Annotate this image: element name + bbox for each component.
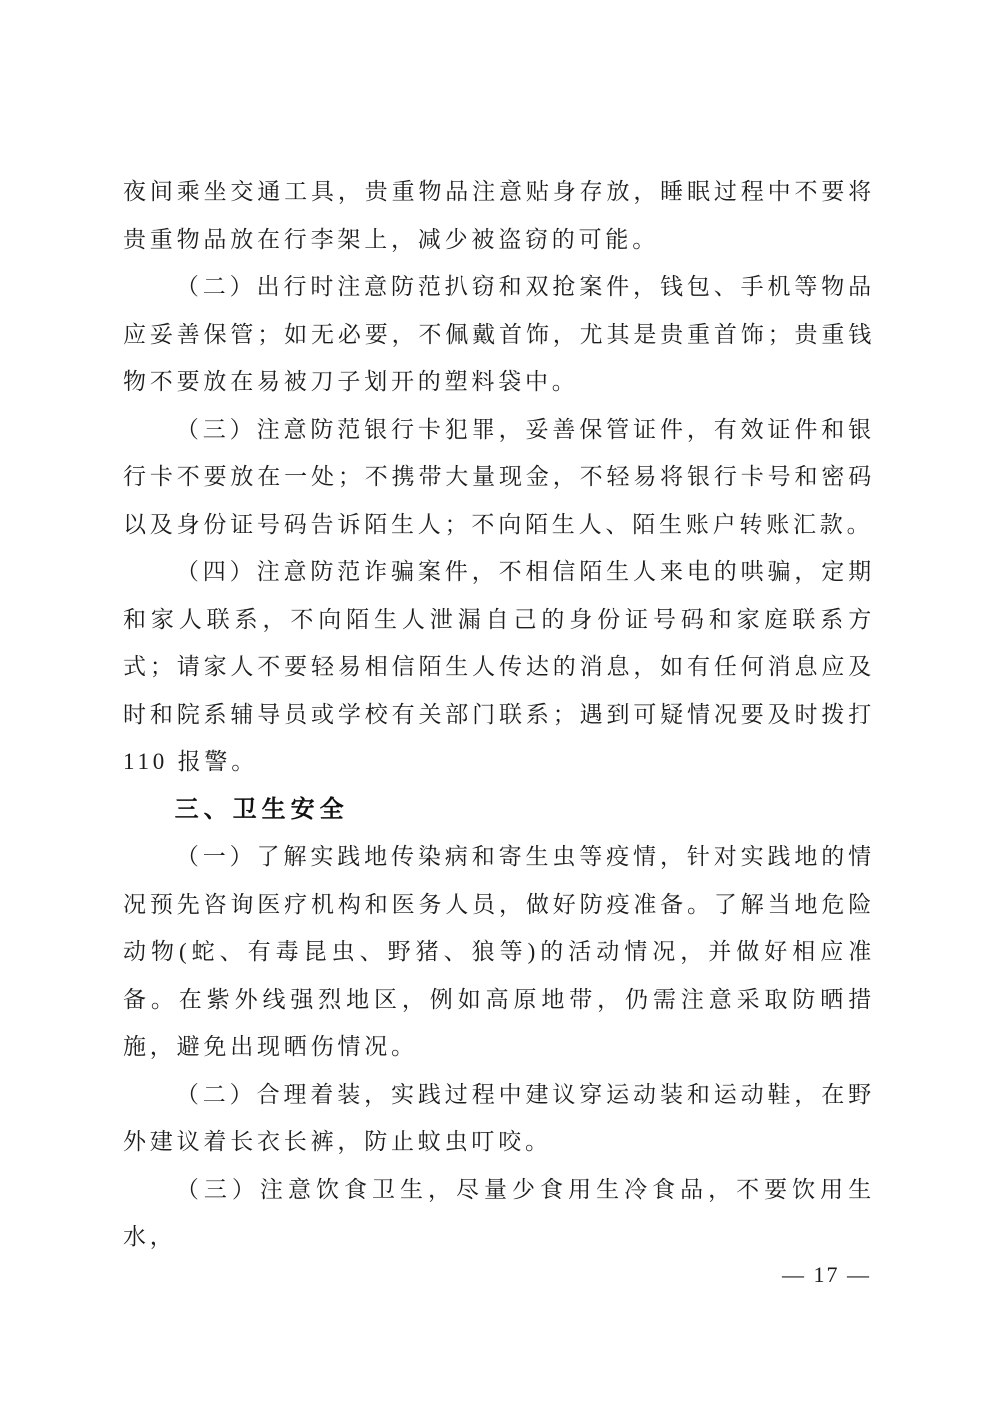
page-number: — 17 — — [782, 1262, 871, 1288]
paragraph-item-2-clothing: （二）合理着装，实践过程中建议穿运动装和运动鞋，在野外建议着长衣长裤，防止蚊虫叮… — [123, 1071, 875, 1166]
document-body: 夜间乘坐交通工具，贵重物品注意贴身存放，睡眠过程中不要将贵重物品放在行李架上，减… — [123, 168, 875, 1261]
paragraph-item-2-pickpocket: （二）出行时注意防范扒窃和双抢案件，钱包、手机等物品应妥善保管；如无必要，不佩戴… — [123, 263, 875, 406]
paragraph-night-transport-continued: 夜间乘坐交通工具，贵重物品注意贴身存放，睡眠过程中不要将贵重物品放在行李架上，减… — [123, 168, 875, 263]
document-page: 夜间乘坐交通工具，贵重物品注意贴身存放，睡眠过程中不要将贵重物品放在行李架上，减… — [0, 0, 999, 1414]
paragraph-item-4-fraud: （四）注意防范诈骗案件，不相信陌生人来电的哄骗，定期和家人联系，不向陌生人泄漏自… — [123, 548, 875, 786]
section-heading-hygiene-safety: 三、卫生安全 — [123, 786, 875, 834]
paragraph-item-3-food-hygiene: （三）注意饮食卫生，尽量少食用生冷食品，不要饮用生水， — [123, 1166, 875, 1261]
paragraph-item-1-epidemic: （一）了解实践地传染病和寄生虫等疫情，针对实践地的情况预先咨询医疗机构和医务人员… — [123, 833, 875, 1071]
paragraph-item-3-bank-card: （三）注意防范银行卡犯罪，妥善保管证件，有效证件和银行卡不要放在一处；不携带大量… — [123, 406, 875, 549]
